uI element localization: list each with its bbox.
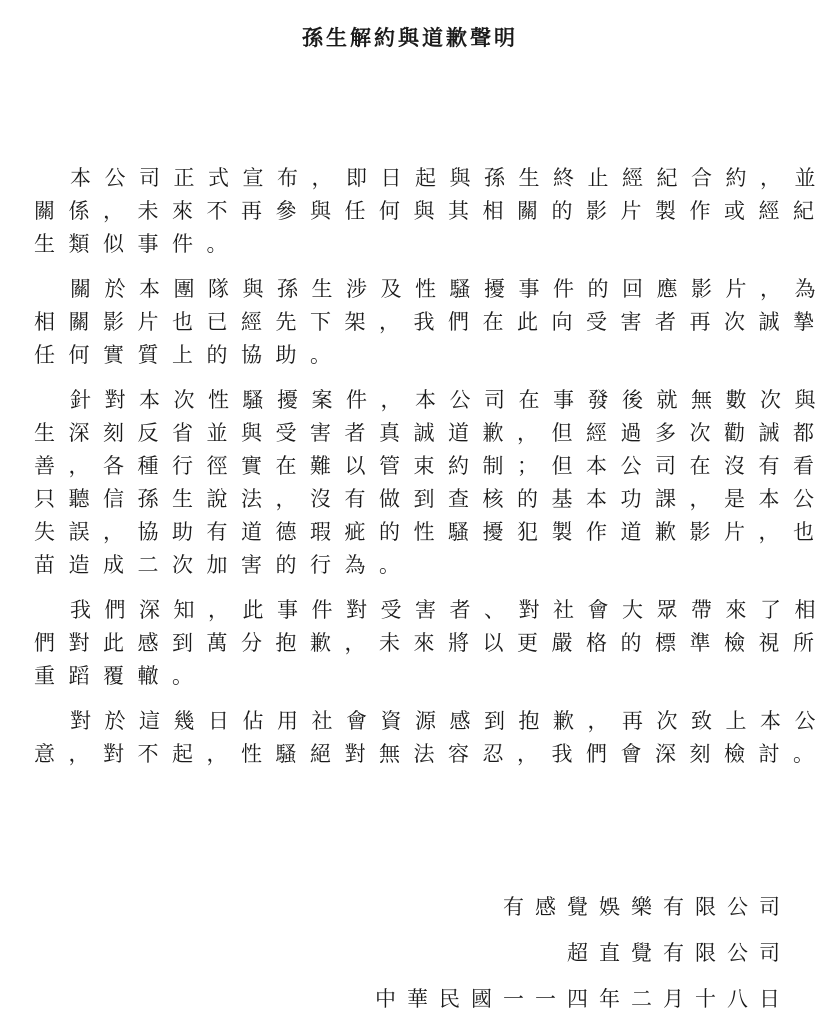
paragraph-line: 任何實質上的協助。 <box>34 339 794 372</box>
paragraph-line: 意，對不起，性騷絕對無法容忍，我們會深刻檢討。 <box>34 738 794 771</box>
paragraph-line: 對於這幾日佔用社會資源感到抱歉，再次致上本公司十二萬分的歉 <box>34 705 794 738</box>
signature-block: 有感覺娛樂有限公司 超直覺有限公司 中華民國一一四年二月十八日 <box>375 884 780 1022</box>
paragraph-line: 關於本團隊與孫生涉及性騷擾事件的回應影片，為了避免二次傷害， <box>34 273 794 306</box>
paragraph-line: 生類似事件。 <box>34 228 794 261</box>
paragraph-line: 善，各種行徑實在難以管束約制；但本公司在沒有看過完整判決書前， <box>34 450 794 483</box>
signature-date: 中華民國一一四年二月十八日 <box>375 976 791 1022</box>
paragraph-line: 苗造成二次加害的行為。 <box>34 549 794 582</box>
paragraph-line: 本公司正式宣布，即日起與孫生終止經紀合約，並徹底結束所有合作 <box>34 162 794 195</box>
paragraph-line: 相關影片也已經先下架，我們在此向受害者再次誠摯道歉，也願意提供 <box>34 306 794 339</box>
paragraph-line: 生深刻反省並與受害者真誠道歉，但經過多次勸誡都沒有得到任何改 <box>34 417 794 450</box>
paragraph-video-removal: 關於本團隊與孫生涉及性騷擾事件的回應影片，為了避免二次傷害， 相關影片也已經先下… <box>34 273 794 372</box>
paragraph-line: 關係，未來不再參與任何與其相關的影片製作或經紀業務，確保不再發 <box>34 195 794 228</box>
signature-company-2: 超直覺有限公司 <box>375 930 791 976</box>
paragraph-line: 我們深知，此事件對受害者、對社會大眾帶來了相當嚴重的影響，我 <box>34 594 794 627</box>
document-title: 孫生解約與道歉聲明 <box>0 22 820 54</box>
paragraph-case-handling: 針對本次性騷擾案件，本公司在事發後就無數次與孫生溝通，要求孫 生深刻反省並與受害… <box>34 384 794 582</box>
paragraph-impact-apology: 我們深知，此事件對受害者、對社會大眾帶來了相當嚴重的影響，我 們對此感到萬分抱歉… <box>34 594 794 693</box>
document-body: 本公司正式宣布，即日起與孫生終止經紀合約，並徹底結束所有合作 關係，未來不再參與… <box>34 162 794 783</box>
paragraph-termination: 本公司正式宣布，即日起與孫生終止經紀合約，並徹底結束所有合作 關係，未來不再參與… <box>34 162 794 261</box>
paragraph-line: 針對本次性騷擾案件，本公司在事發後就無數次與孫生溝通，要求孫 <box>34 384 794 417</box>
paragraph-line: 失誤，協助有道德瑕疵的性騷擾犯製作道歉影片，也等同間接助長了火 <box>34 516 794 549</box>
paragraph-closing-apology: 對於這幾日佔用社會資源感到抱歉，再次致上本公司十二萬分的歉 意，對不起，性騷絕對… <box>34 705 794 771</box>
paragraph-line: 重蹈覆轍。 <box>34 660 794 693</box>
signature-company-1: 有感覺娛樂有限公司 <box>375 884 791 930</box>
paragraph-line: 只聽信孫生說法，沒有做到查核的基本功課，是本公司在處理上的嚴重 <box>34 483 794 516</box>
paragraph-line: 們對此感到萬分抱歉，未來將以更嚴格的標準檢視所有內容，確保不再 <box>34 627 794 660</box>
